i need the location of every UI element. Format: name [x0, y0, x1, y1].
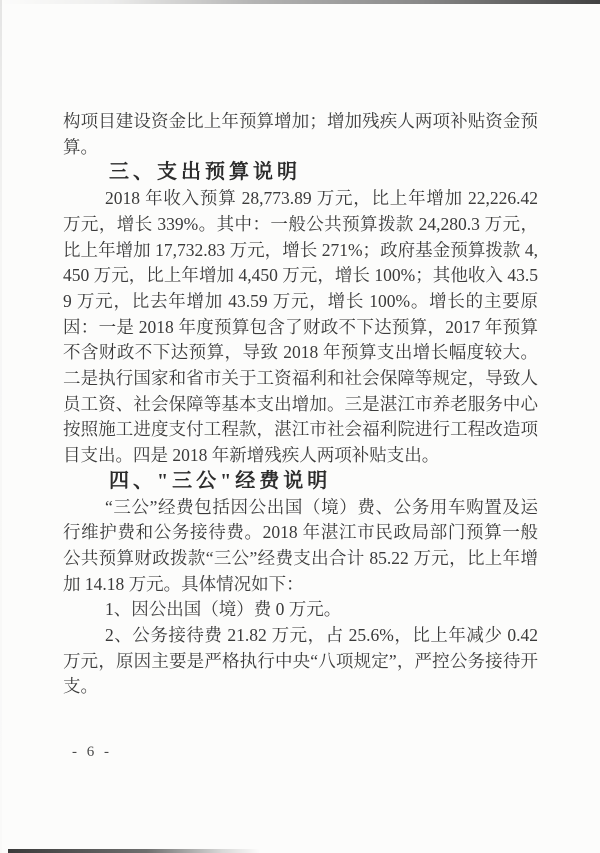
paragraph-item-official-reception: 2、公务接待费 21.82 万元，占 25.6%，比上年减少 0.42 万元，原… — [63, 623, 538, 700]
section-heading-expenditure-budget: 三、支出预算说明 — [63, 160, 538, 186]
paragraph-three-public-funds-intro: “三公”经费包括因公出国（境）费、公务用车购置及运行维护费和公务接待费。2018… — [63, 495, 538, 598]
page-number: - 6 - — [72, 744, 112, 761]
paragraph-expenditure-budget-detail: 2018 年收入预算 28,773.89 万元，比上年增加 22,226.42 … — [63, 186, 538, 469]
scan-artifact-left-edge — [0, 0, 2, 853]
scan-artifact-bottom-edge — [8, 849, 260, 853]
document-body: 构项目建设资金比上年预算增加；增加残疾人两项补贴资金预算。 三、支出预算说明 2… — [63, 109, 538, 700]
scan-artifact-top-edge — [0, 0, 600, 4]
paragraph-continuation: 构项目建设资金比上年预算增加；增加残疾人两项补贴资金预算。 — [63, 109, 538, 160]
section-heading-three-public-funds: 四、"三公"经费说明 — [63, 469, 538, 495]
scanned-document-page: 构项目建设资金比上年预算增加；增加残疾人两项补贴资金预算。 三、支出预算说明 2… — [0, 0, 600, 853]
paragraph-item-overseas-travel: 1、因公出国（境）费 0 万元。 — [63, 597, 538, 623]
